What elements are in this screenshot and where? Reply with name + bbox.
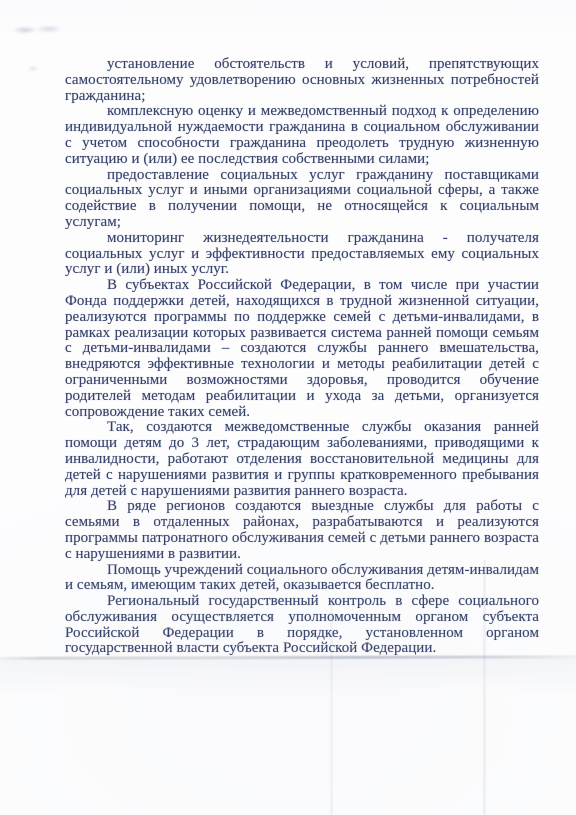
paragraph-7: В ряде регионов создаются выездные служб…	[65, 499, 539, 562]
paragraph-9: Региональный государственный контроль в …	[65, 594, 539, 657]
paragraph-5: В субъектах Российской Федерации, в том …	[65, 278, 539, 420]
paragraph-2: комплексную оценку и межведомственный по…	[65, 104, 539, 167]
pencil-dot-artifact	[28, 66, 38, 71]
paper-crease-shadow	[0, 658, 576, 700]
scanner-streak-artifact	[330, 598, 333, 815]
document-page: установление обстоятельств и условий, пр…	[0, 0, 576, 815]
document-text-block: установление обстоятельств и условий, пр…	[65, 57, 539, 657]
paragraph-8: Помощь учреждений социального обслуживан…	[65, 563, 539, 595]
paragraph-6: Так, создаются межведомственные службы о…	[65, 420, 539, 499]
paragraph-3: предоставление социальных услуг граждани…	[65, 168, 539, 231]
paragraph-1: установление обстоятельств и условий, пр…	[65, 57, 539, 104]
paragraph-4: мониторинг жизнедеятельности гражданина …	[65, 231, 539, 278]
pencil-smudge-artifact	[13, 22, 65, 38]
